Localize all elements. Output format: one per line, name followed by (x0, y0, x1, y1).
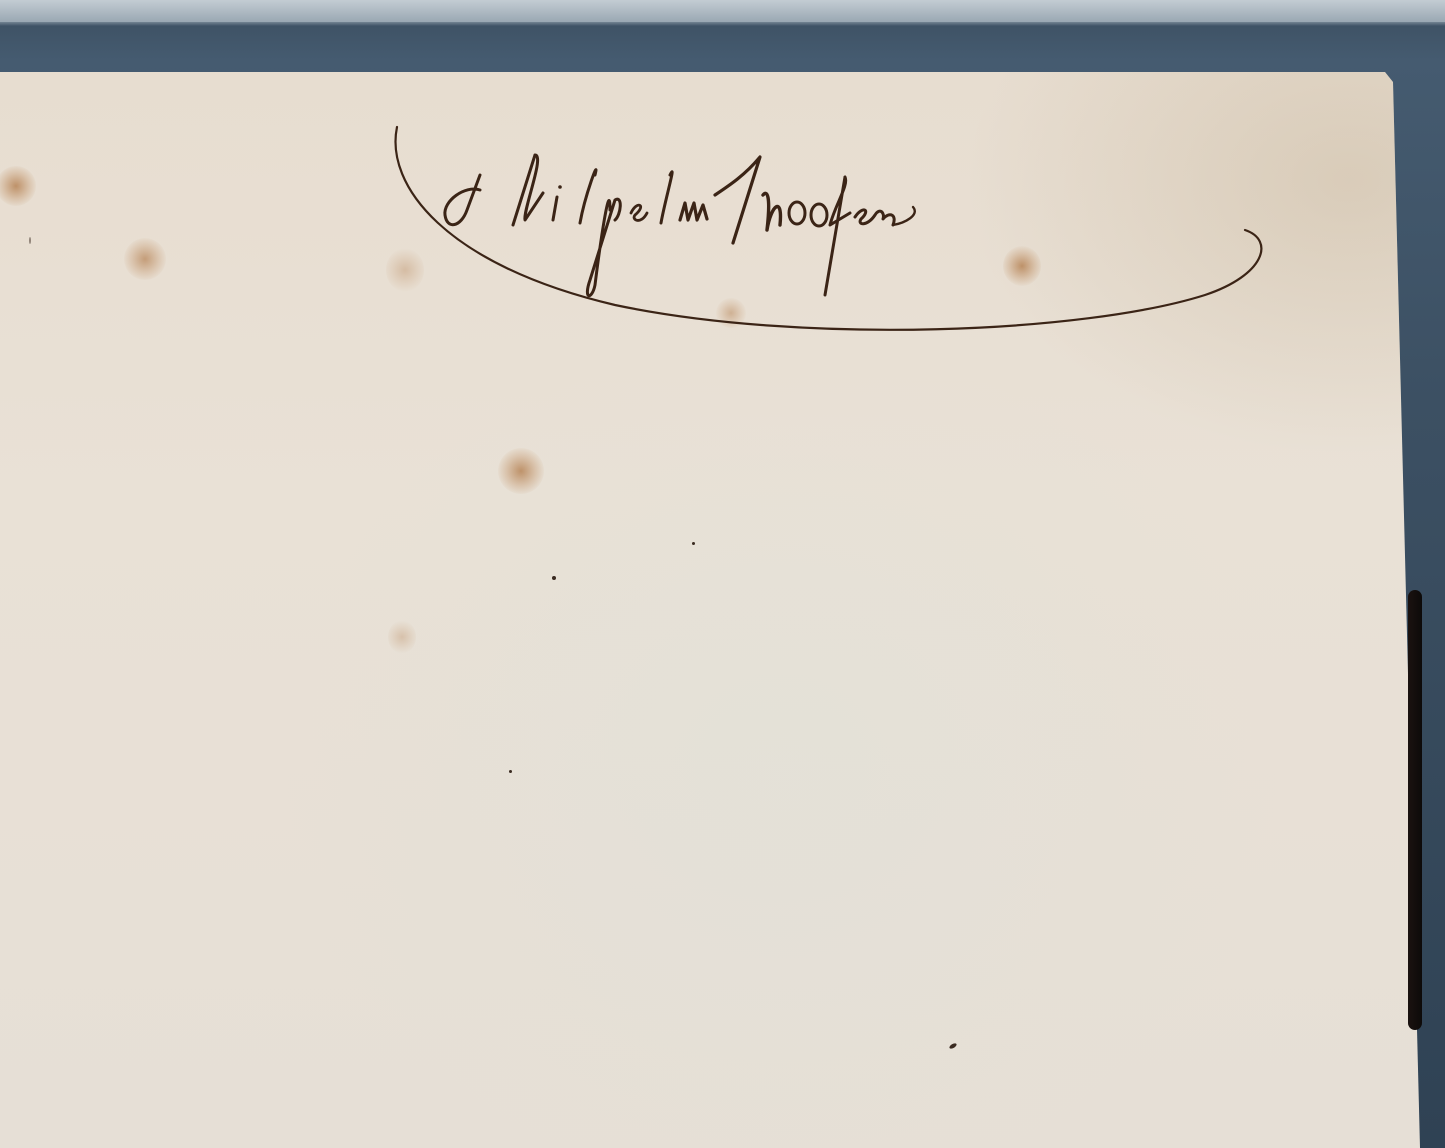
ink-speck (949, 1042, 958, 1049)
ink-speck (552, 576, 556, 580)
page-edge-shadow (1408, 590, 1422, 1030)
foxing-spot (124, 238, 166, 280)
signature-text: Wilhelm Moser (385, 115, 393, 116)
handwritten-signature: Wilhelm Moser (385, 115, 1285, 345)
ink-speck (509, 770, 512, 773)
foxing-spot (498, 448, 544, 494)
foxing-spot (388, 620, 416, 654)
foxing-spot (0, 166, 36, 206)
ink-speck (29, 237, 31, 244)
ink-speck (692, 542, 695, 545)
background-surface (0, 0, 1445, 22)
